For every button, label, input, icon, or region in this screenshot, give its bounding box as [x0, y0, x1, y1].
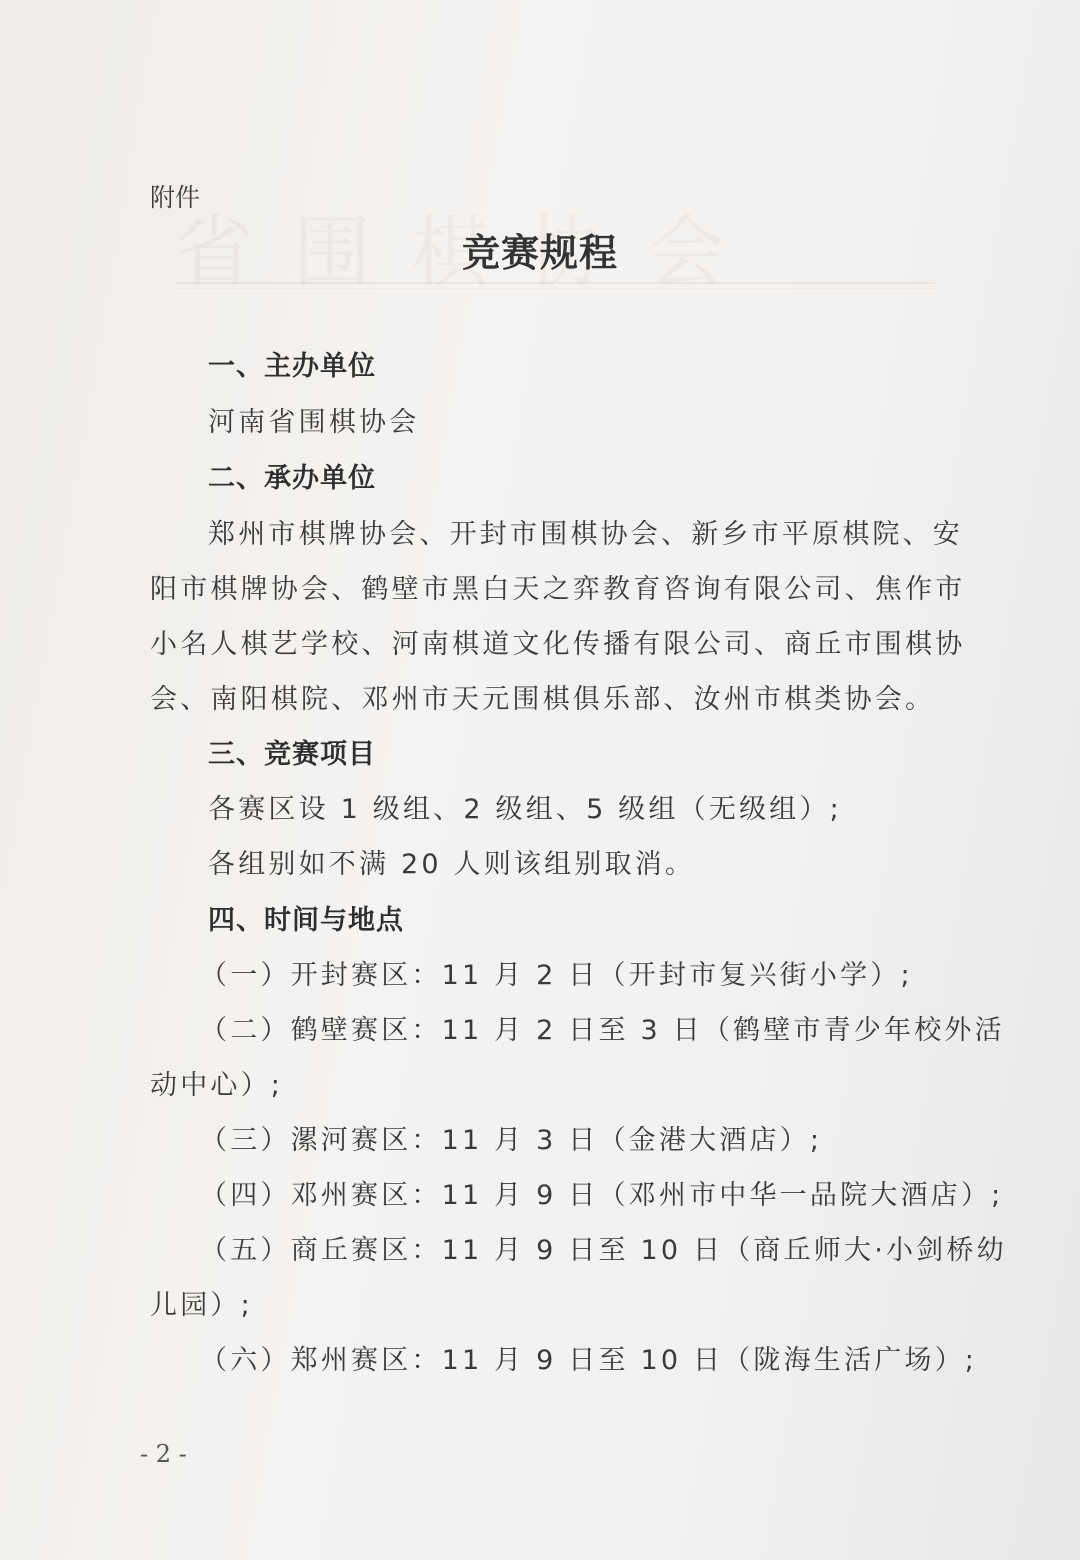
venue-line: 动中心）;	[150, 1063, 283, 1102]
co-organizer-line: 会、南阳棋院、邓州市天元围棋俱乐部、汝州市棋类协会。	[150, 677, 935, 716]
venue-line: （二）鹤壁赛区：11 月 2 日至 3 日（鹤壁市青少年校外活	[200, 1008, 1005, 1047]
document-page: 省围棋协会 附件 竞赛规程 一、主办单位 河南省围棋协会 二、承办单位 郑州市棋…	[0, 0, 1080, 1560]
events-line: 各组别如不满 20 人则该组别取消。	[208, 842, 695, 881]
section-heading-events: 三、竞赛项目	[208, 732, 376, 771]
attachment-label: 附件	[150, 178, 200, 214]
venue-line: （四）邓州赛区：11 月 9 日（邓州市中华一品院大酒店）;	[200, 1173, 1003, 1212]
co-organizer-line: 小名人棋艺学校、河南棋道文化传播有限公司、商丘市围棋协	[150, 622, 965, 661]
bleed-through-rule	[175, 282, 935, 289]
venue-line: （三）漯河赛区：11 月 3 日（金港大酒店）;	[200, 1118, 822, 1157]
section-heading-organizer: 一、主办单位	[208, 344, 376, 383]
venue-line: （六）郑州赛区：11 月 9 日至 10 日（陇海生活广场）;	[200, 1338, 977, 1377]
page-number: - 2 -	[140, 1440, 187, 1468]
venue-line: （一）开封赛区：11 月 2 日（开封市复兴街小学）;	[200, 953, 913, 992]
section-heading-co-organizer: 二、承办单位	[208, 456, 376, 495]
events-line: 各赛区设 1 级组、2 级组、5 级组（无级组）;	[208, 787, 842, 826]
venue-line: （五）商丘赛区：11 月 9 日至 10 日（商丘师大·小剑桥幼	[200, 1228, 1007, 1267]
co-organizer-line: 郑州市棋牌协会、开封市围棋协会、新乡市平原棋院、安	[208, 512, 963, 551]
venue-line: 儿园）;	[150, 1283, 253, 1322]
co-organizer-line: 阳市棋牌协会、鹤壁市黑白天之弈教育咨询有限公司、焦作市	[150, 567, 965, 606]
document-title: 竞赛规程	[0, 222, 1080, 277]
section-heading-time-location: 四、时间与地点	[208, 898, 404, 937]
organizer-text: 河南省围棋协会	[208, 400, 419, 439]
